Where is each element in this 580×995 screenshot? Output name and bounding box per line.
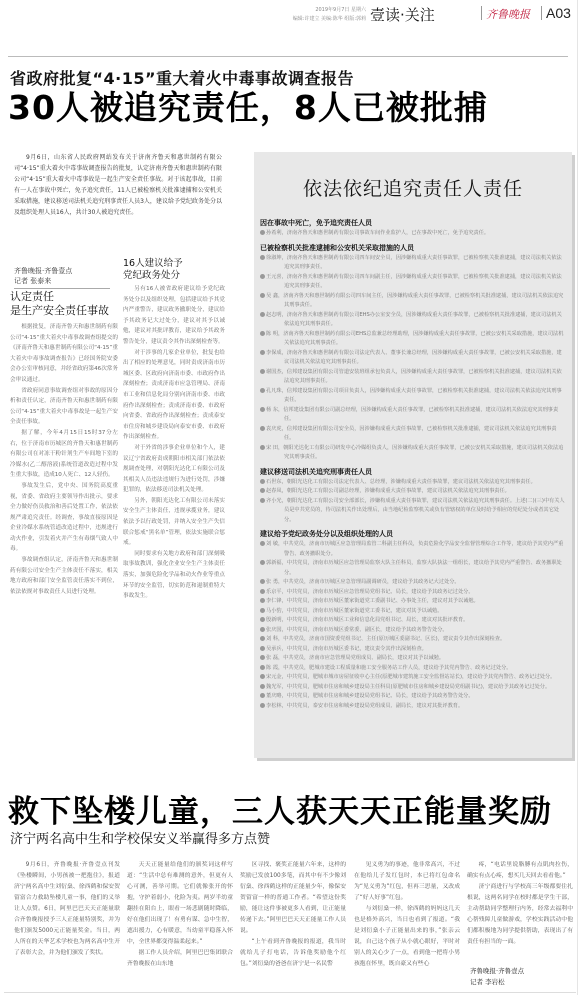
box-item: 袁庆虎，信邦建设集团有限公司安全员，因涉嫌构成重大责任事故罪，已被检察机关批准逮… — [260, 425, 566, 444]
masthead-meta: 2019年9月7日 星期六 编辑:许建立 美编:陈华 组版:郭莉 — [268, 6, 366, 24]
box-item: 李保成，济南齐鲁天和惠世制药有限公司法定代表人、董事长兼总经理，因涉嫌构成重大责… — [260, 349, 566, 368]
box-item-text: 石世东，朝阳光达化工有限公司法定代表人、总经理，涉嫌构成重大责任事故罪，建议司法… — [266, 479, 536, 485]
box-item-text: 王元喜，济南齐鲁天和惠世制药有限公司四车间副主任，因涉嫌构成重大责任事故罪，已被… — [266, 274, 562, 290]
bullet-icon — [260, 331, 265, 336]
box-item: 殷新明，中共党员，济南市历城区工业和信息化局党组书记、局长，建议对其批评教育。 — [260, 616, 566, 626]
bullet-icon — [260, 655, 265, 660]
box-item-text: 宋 田，朝阳光达化工有限公司研发中心冷媒组负责人，因涉嫌构成重大责任事故罪，已被… — [266, 445, 563, 461]
story1-subhead-left: 认定责任 是生产安全责任事故 — [10, 290, 109, 318]
story1-column-mid: 另有16人被省政府建议给予党纪政务处分以及组织处理，包括建议给予其党内严重警告，… — [123, 284, 225, 762]
paragraph: 据了解，今年4月15日15时37分左右，位于济南市历城区的齐鲁天和惠世制药有限公… — [10, 428, 118, 481]
box-item-text: 马小豹，中共党员，济南市历城区董家街道党工委书记，建议对其予以诫勉。 — [266, 608, 442, 614]
box-item: 张 磊，中共党员，济南市应急管理局党组成员、副局长，建议对其予以诫勉。 — [260, 654, 566, 664]
bullet-icon — [260, 608, 265, 613]
box-item-text: 陈 明，济南齐鲁天和惠世制药有限公司EHS总监兼总经理助理，因涉嫌构成重大责任事… — [266, 331, 563, 347]
box-title: 依法依纪追究责任人责任 — [254, 174, 572, 201]
box-item: 石世东，朝阳光达化工有限公司法定代表人、总经理，涉嫌构成重大责任事故罪，建议司法… — [260, 478, 566, 488]
box-item-text: 张 勇，中共党员，济南市历城区应急管理局副调研员，建议给予其政务记大过处分。 — [266, 579, 460, 585]
box-item: 徐淑坤，济南齐鲁天和惠世制药有限公司四车间安全员，因涉嫌构成重大责任事故罪，已被… — [260, 254, 566, 273]
box-item-text: 刘 敏，中共党员，济南市历城区应急管理局监管二科副主任科员，负责危险化学品安全监… — [266, 541, 563, 557]
box-item: 齐小光，朝阳光达化工有限公司安全部部长，涉嫌构成重大责任事故罪，建议司法机关依法… — [260, 497, 566, 526]
box-item-text: 赵志明，济南齐鲁天和惠世制药有限公司EHS办公室安全员，因涉嫌构成重大责任事故罪… — [266, 312, 562, 328]
box-item: 刘 科，中共党员，济南市国资委党组书记、主任(原历城区委副书记、区长)，建议责令… — [260, 635, 566, 645]
bullet-icon — [260, 426, 265, 431]
box-item: 李松林，中共党员，泰安市住房和城乡建设局党组成员、副局长，建议对其批评教育。 — [260, 702, 566, 712]
story1-column-left: 根据批复，济南齐鲁天和惠世制药有限公司“4·15”重大着火中毒事故调查组提交的《… — [10, 322, 118, 762]
box-item: 刘 敏，中共党员，济南市历城区应急管理局监管二科副主任科员，负责危险化学品安全监… — [260, 540, 566, 559]
story1-subhead-mid: 16人建议给予 党纪政务处分 — [123, 258, 183, 282]
paragraph: 省政府同意事故调查组对事故的原因分析和责任认定，济南齐鲁天和惠世制药有限公司“4… — [10, 386, 118, 428]
box-item: 孔凡珠，信邦建设集团有限公司项目负责人，因涉嫌构成重大责任事故罪，已被检察机关批… — [260, 387, 566, 406]
bullet-icon — [260, 560, 265, 565]
box-item: 魏光军，中共党员，肥城市住房和城乡建设局主任科员(原肥城市住房和城乡建设局党组副… — [260, 683, 566, 693]
bullet-icon — [260, 350, 265, 355]
footer-rule — [4, 992, 576, 993]
bullet-icon — [260, 589, 265, 594]
box-item: 郭新福，中共党员，济南市历城区应急管理局监察大队主任科员，监察大队执法一组组长，… — [260, 559, 566, 578]
bullet-icon — [260, 312, 265, 317]
box-item-text: 谢国杰，信邦建设集团有限公司管道安装班组承包负责人，因涉嫌构成重大责任事故罪，已… — [266, 369, 562, 385]
box-section-heading: 建议给予党纪政务处分以及组织处理的人员 — [260, 528, 566, 540]
story2-column-1: 9月6日，齐鲁晚报·齐鲁壹点刊发《坠楼瞬间，小男孩被一把抱住》，报道济宁两名高中… — [14, 860, 120, 990]
story2-column-2: 天天正能量给他们的颁奖词这样写道：“生活中总有难测的意外，但更有人心可测，善举可… — [127, 860, 233, 990]
paragraph: 对于外省的涉事企业单位和个人，建议辽宁省政府责成朝阳市相关部门依法依规调查处理，… — [123, 443, 225, 496]
header-rule — [8, 56, 568, 57]
paragraph: “上午看到齐鲁晚报的报道，我当时就给儿子打电话，告诉他奖励他个红包。”刘衍燊的爸… — [240, 937, 346, 970]
bullet-icon — [260, 407, 265, 412]
page-number: A03 — [546, 5, 571, 21]
newspaper-logo: 齐鲁晚报 — [486, 6, 530, 22]
box-item-text: 杨 东，信邦建设集团有限公司副总经理，因涉嫌构成重大责任事故罪，已被检察机关批准… — [266, 407, 558, 423]
box-item: 张庆国，中共党员，济南市历城区委常委、副区长，建议给予其政务警告处分。 — [260, 626, 566, 636]
bullet-icon — [260, 388, 265, 393]
bullet-icon — [260, 703, 265, 708]
masthead-divider — [541, 6, 542, 20]
story2-column-5: 疼，“电话里说胳膊有点肌肉拉伤，确实有点心疼，想买几天回去看看他。” 济宁商进行… — [467, 860, 573, 964]
box-item-text: 孙希利，济南齐鲁天和惠世制药有限公司事故车间作业监护人，已在事故中死亡，免予追究… — [266, 230, 489, 236]
box-item-text: 赵春凤，朝阳光达化工有限公司副总经理，涉嫌构成重大责任事故罪，建议司法机关依法追… — [266, 488, 510, 494]
box-item: 乐京平，中共党员，济南市历城区应急管理局党组书记、局长，建议给予其政务记过处分。 — [260, 588, 566, 598]
box-item: 杨 东，信邦建设集团有限公司副总经理，因涉嫌构成重大责任事故罪，已被检察机关批准… — [260, 406, 566, 425]
paragraph: 疼，“电话里说胳膊有点肌肉拉伤，确实有点心疼，想买几天回去看看他。” — [467, 860, 573, 882]
box-item: 王元喜，济南齐鲁天和惠世制药有限公司四车间副主任，因涉嫌构成重大责任事故罪，已被… — [260, 273, 566, 292]
box-item-text: 刘 科，中共党员，济南市国资委党组书记、主任(原历城区委副书记、区长)，建议责令… — [266, 636, 505, 642]
box-item-text: 李保成，济南齐鲁天和惠世制药有限公司法定代表人、董事长兼总经理，因涉嫌构成重大责… — [266, 350, 562, 366]
story1-lead: 9月6日，山东省人民政府网站发布关于济南齐鲁天和惠世制药有限公司“4·15”重大… — [14, 152, 222, 218]
paragraph: 另有16人被省政府建议给予党纪政务处分以及组织处理，包括建议给予其党内严重警告，… — [123, 284, 225, 348]
story2-column-4: 见义勇为的事迹，他非常高兴，不过在他给儿子发红包时，本已将红包命名为“见义勇为”… — [354, 860, 460, 990]
box-item-text: 吴承兵，中共党员，济南市历城区委书记，建议责令其作出深刻检查。 — [266, 646, 427, 652]
bullet-icon — [260, 598, 265, 603]
box-item-text: 郭新福，中共党员，济南市历城区应急管理局监察大队主任科员，监察大队执法一组组长，… — [266, 560, 562, 576]
box-item: 宋元金，中共党员，肥城市城市房屋征收中心主任(原肥城市建筑施工安全监督站站长)，… — [260, 673, 566, 683]
box-item-text: 齐小光，朝阳光达化工有限公司安全部部长，涉嫌构成重大责任事故罪，建议司法机关依法… — [266, 498, 565, 523]
box-item: 李仁锋，中共党员，济南市历城区董家街道党工委副书记、办事处主任，建议对其予以诫勉… — [260, 597, 566, 607]
box-item: 马小豹，中共党员，济南市历城区董家街道党工委书记，建议对其予以诫勉。 — [260, 607, 566, 617]
box-item: 张 勇，中共党员，济南市历城区应急管理局副调研员，建议给予其政务记大过处分。 — [260, 578, 566, 588]
page-edge — [577, 0, 578, 995]
bullet-icon — [260, 445, 265, 450]
box-item-text: 宋元金，中共党员，肥城市城市房屋征收中心主任(原肥城市建筑施工安全监督站站长)，… — [266, 674, 555, 680]
story1-kicker: 省政府批复“4·15”重大着火中毒事故调查报告 — [10, 66, 354, 89]
box-item: 赵春凤，朝阳光达化工有限公司副总经理，涉嫌构成重大责任事故罪，建议司法机关依法追… — [260, 487, 566, 497]
paragraph: 事故调查组认定，济南齐鲁天和惠世制药有限公司安全生产主体责任不落实，相关地方政府… — [10, 555, 118, 597]
paragraph: 区寻找、褒奖正能量六年来，这样的奖励已发放100多笔，而其中有不少像刘衍燊、徐西… — [240, 860, 346, 937]
story1-headline: 30人被追究责任，8人已被批捕 — [8, 88, 488, 128]
box-item: 赵志明，济南齐鲁天和惠世制药有限公司EHS办公室安全员，因涉嫌构成重大责任事故罪… — [260, 311, 566, 330]
subhead-line: 认定责任 — [10, 290, 109, 304]
box-body: 因在事故中死亡，免予追究责任人员 孙希利，济南齐鲁天和惠世制药有限公司事故车间作… — [260, 214, 566, 711]
box-item-text: 张庆国，中共党员，济南市历城区委常委、副区长，建议给予其政务警告处分。 — [266, 627, 448, 633]
box-item-text: 徐淑坤，济南齐鲁天和惠世制药有限公司四车间安全员，因涉嫌构成重大责任事故罪，已被… — [266, 255, 562, 271]
bullet-icon — [260, 274, 265, 279]
subhead-line: 是生产安全责任事故 — [10, 304, 109, 318]
bullet-icon — [260, 665, 265, 670]
box-item-text: 陈 霞，中共党员，肥城市建设工程质量和施工安全服务站工作人员，建议给予其党内警告… — [266, 665, 511, 671]
box-item-text: 董庆略，中共党员，肥城市住房和城乡建设局党组书记、局长，建议给予其政务警告处分。 — [266, 693, 474, 699]
bullet-icon — [260, 684, 265, 689]
story2-byline: 齐鲁晚报·齐鲁壹点 记者 李岩松 — [470, 966, 524, 988]
section-title: 壹读·关注 — [370, 4, 435, 25]
box-item-text: 吴 鑫，济南齐鲁天和惠世制药有限公司四车间主任，因涉嫌构成重大责任事故罪，已被检… — [266, 293, 563, 309]
responsibility-box: 依法依纪追究责任人责任 因在事故中死亡，免予追究责任人员 孙希利，济南齐鲁天和惠… — [254, 152, 572, 758]
paragraph: 另外，朝阳光达化工有限公司未落实安全生产主体责任，违规承揽业务，建议依法予以行政… — [123, 496, 225, 549]
story2-column-3: 区寻找、褒奖正能量六年来，这样的奖励已发放100多笔，而其中有不少像刘衍燊、徐西… — [240, 860, 346, 990]
box-item: 宋 田，朝阳光达化工有限公司研发中心冷媒组负责人，因涉嫌构成重大责任事故罪，已被… — [260, 444, 566, 463]
bullet-icon — [260, 479, 265, 484]
story1-byline: 齐鲁晚报·齐鲁壹点 记者 张泰来 — [14, 266, 110, 289]
box-item: 谢国杰，信邦建设集团有限公司管道安装班组承包负责人，因涉嫌构成重大责任事故罪，已… — [260, 368, 566, 387]
paragraph: 9月6日，齐鲁晚报·齐鲁壹点刊发《坠楼瞬间，小男孩被一把抱住》，报道济宁两名高中… — [14, 860, 120, 959]
story2-subhead: 济宁两名高中生和学校保安义举赢得多方点赞 — [10, 832, 270, 848]
paragraph: 见义勇为的事迹，他非常高兴，不过在他给儿子发红包时，本已将红包命名为“见义勇为”… — [354, 860, 460, 904]
bullet-icon — [260, 636, 265, 641]
bullet-icon — [260, 693, 265, 698]
paragraph: 与刘衍燊一样，徐西鹤的妈妈这几天也是格外高兴，当日也看到了报道。“我是刘衍燊小子… — [354, 904, 460, 970]
box-section-heading: 因在事故中死亡，免予追究责任人员 — [260, 217, 566, 229]
bullet-icon — [260, 627, 265, 632]
box-item-text: 魏光军，中共党员，肥城市住房和城乡建设局主任科员(原肥城市住房和城乡建设局党组副… — [266, 684, 550, 690]
paragraph: 对于涉事的几家企业单位，批复也给出了相应的处理意见，同时责成济南市历城区委、区政… — [123, 348, 225, 443]
paragraph: 济宁商进行与学校高三年级都要住扎根说，这两名同学在校时都是学生干部，主动帮助同学… — [467, 882, 573, 948]
box-item: 吴承兵，中共党员，济南市历城区委书记，建议责令其作出深刻检查。 — [260, 645, 566, 655]
bullet-icon — [260, 646, 265, 651]
masthead: 2019年9月7日 星期六 编辑:许建立 美编:陈华 组版:郭莉 壹读·关注 齐… — [0, 0, 580, 60]
subhead-line: 党纪政务处分 — [123, 270, 183, 282]
paragraph: 事故发生后，党中央、国务院高度重视，省委、省政府主要领导作出批示，要求全力做好伤… — [10, 481, 118, 555]
box-item: 孙希利，济南齐鲁天和惠世制药有限公司事故车间作业监护人，已在事故中死亡，免予追究… — [260, 229, 566, 239]
byline-reporter: 记者 李岩松 — [470, 977, 524, 988]
paragraph: 根据批复，济南齐鲁天和惠世制药有限公司“4·15”重大着火中毒事故调查组提交的《… — [10, 322, 118, 386]
subhead-line: 16人建议给予 — [123, 258, 183, 270]
bullet-icon — [260, 369, 265, 374]
box-item-text: 乐京平，中共党员，济南市历城区应急管理局党组书记、局长，建议给予其政务记过处分。 — [266, 589, 474, 595]
bullet-icon — [260, 255, 265, 260]
box-item: 陈 霞，中共党员，肥城市建设工程质量和施工安全服务站工作人员，建议给予其党内警告… — [260, 664, 566, 674]
paragraph: 天天正能量给他们的颁奖词这样写道：“生活中总有难测的意外，但更有人心可测，善举可… — [127, 860, 233, 948]
bullet-icon — [260, 293, 265, 298]
bullet-icon — [260, 541, 265, 546]
box-item: 董庆略，中共党员，肥城市住房和城乡建设局党组书记、局长，建议给予其政务警告处分。 — [260, 692, 566, 702]
box-section-heading: 建议移送司法机关追究刑事责任人员 — [260, 466, 566, 478]
box-item: 陈 明，济南齐鲁天和惠世制药有限公司EHS总监兼总经理助理，因涉嫌构成重大责任事… — [260, 330, 566, 349]
box-item-text: 李松林，中共党员，泰安市住房和城乡建设局党组成员、副局长，建议对其批评教育。 — [266, 703, 463, 709]
bullet-icon — [260, 230, 265, 235]
story2-headline: 救下坠楼儿童，三人获天天正能量奖励 — [8, 794, 552, 830]
box-section-heading: 已被检察机关批准逮捕和公安机关采取措施的人员 — [260, 242, 566, 254]
box-item-text: 孔凡珠，信邦建设集团有限公司项目负责人，因涉嫌构成重大责任事故罪，已被检察机关批… — [266, 388, 562, 404]
box-item-text: 李仁锋，中共党员，济南市历城区董家街道党工委副书记、办事处主任，建议对其予以诫勉… — [266, 598, 479, 604]
box-item-text: 张 磊，中共党员，济南市应急管理局党组成员、副局长，建议对其予以诫勉。 — [266, 655, 444, 661]
byline-reporter: 记者 张泰来 — [14, 276, 110, 286]
box-item: 吴 鑫，济南齐鲁天和惠世制药有限公司四车间主任，因涉嫌构成重大责任事故罪，已被检… — [260, 292, 566, 311]
issue-date: 2019年9月7日 星期六 — [268, 6, 366, 15]
byline-outlet: 齐鲁晚报·齐鲁壹点 — [14, 266, 110, 276]
bullet-icon — [260, 579, 265, 584]
editor-credits: 编辑:许建立 美编:陈华 组版:郭莉 — [268, 15, 366, 24]
byline-outlet: 齐鲁晚报·齐鲁壹点 — [470, 966, 524, 977]
masthead-divider — [481, 6, 482, 20]
paragraph: 据工作人员介绍，阿里巴巴集团联合齐鲁晚报在山东地 — [127, 948, 233, 970]
bullet-icon — [260, 617, 265, 622]
bullet-icon — [260, 488, 265, 493]
box-item-text: 殷新明，中共党员，济南市历城区工业和信息化局党组书记、局长，建议对其批评教育。 — [266, 617, 468, 623]
bullet-icon — [260, 498, 265, 503]
paragraph: 同时要求有关地方政府和部门深刻吸取事故教训，强化企业安全生产主体责任落实，加强危… — [123, 549, 225, 602]
bullet-icon — [260, 674, 265, 679]
box-item-text: 袁庆虎，信邦建设集团有限公司安全员，因涉嫌构成重大责任事故罪，已被检察机关批准逮… — [266, 426, 557, 442]
